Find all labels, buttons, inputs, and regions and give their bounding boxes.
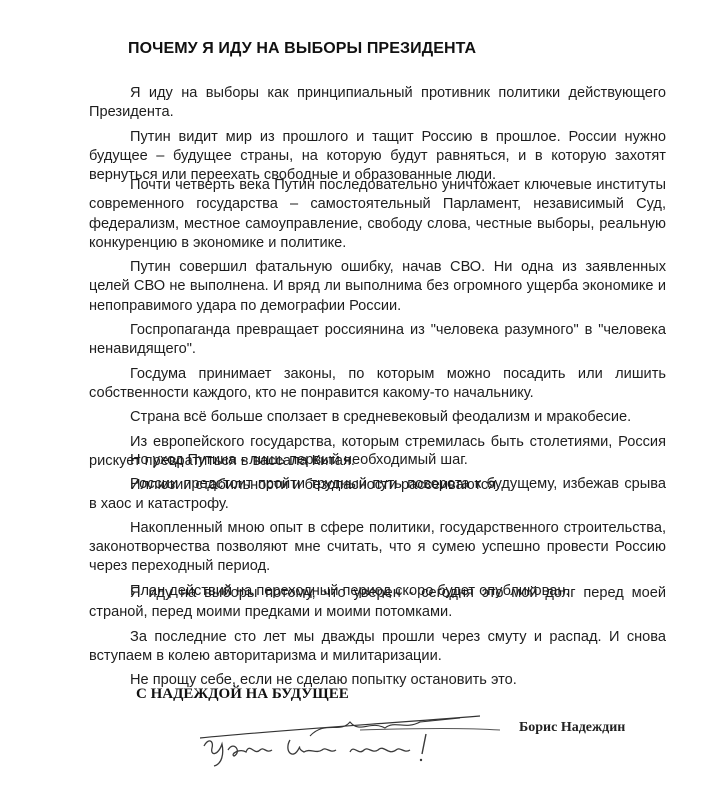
handwritten-note: Удачи всем нам! [200,730,440,772]
paragraph: Накопленный мною опыт в сфере политики, … [89,519,666,577]
paragraph: Почти четверть века Путин последовательн… [89,176,666,253]
paragraph: Я иду на выборы потому, что уверен - сег… [89,584,666,623]
paragraph: Страна всё больше сползает в средневеков… [89,408,666,427]
section-4: Я иду на выборы потому, что уверен - сег… [89,584,666,690]
document-title: ПОЧЕМУ Я ИДУ НА ВЫБОРЫ ПРЕЗИДЕНТА [128,40,476,58]
signer-name: Борис Надеждин [519,720,625,736]
paragraph: За последние сто лет мы дважды прошли че… [89,628,666,667]
paragraph: Госдума принимает законы, по которым мож… [89,365,666,404]
paragraph: Но уход Путина - лишь первый необходимый… [89,451,666,470]
section-1: Я иду на выборы как принципиальный проти… [89,84,666,185]
paragraph: России предстоит пройти трудный путь пов… [89,475,666,514]
paragraph: Госпропаганда превращает россиянина из "… [89,321,666,360]
section-3: Но уход Путина - лишь первый необходимый… [89,451,666,601]
paragraph: Путин совершил фатальную ошибку, начав С… [89,258,666,316]
document-page: ПОЧЕМУ Я ИДУ НА ВЫБОРЫ ПРЕЗИДЕНТА Я иду … [0,0,707,795]
paragraph: Я иду на выборы как принципиальный проти… [89,84,666,123]
section-2: Почти четверть века Путин последовательн… [89,176,666,495]
closing-line: С НАДЕЖДОЙ НА БУДУЩЕЕ [136,686,349,703]
